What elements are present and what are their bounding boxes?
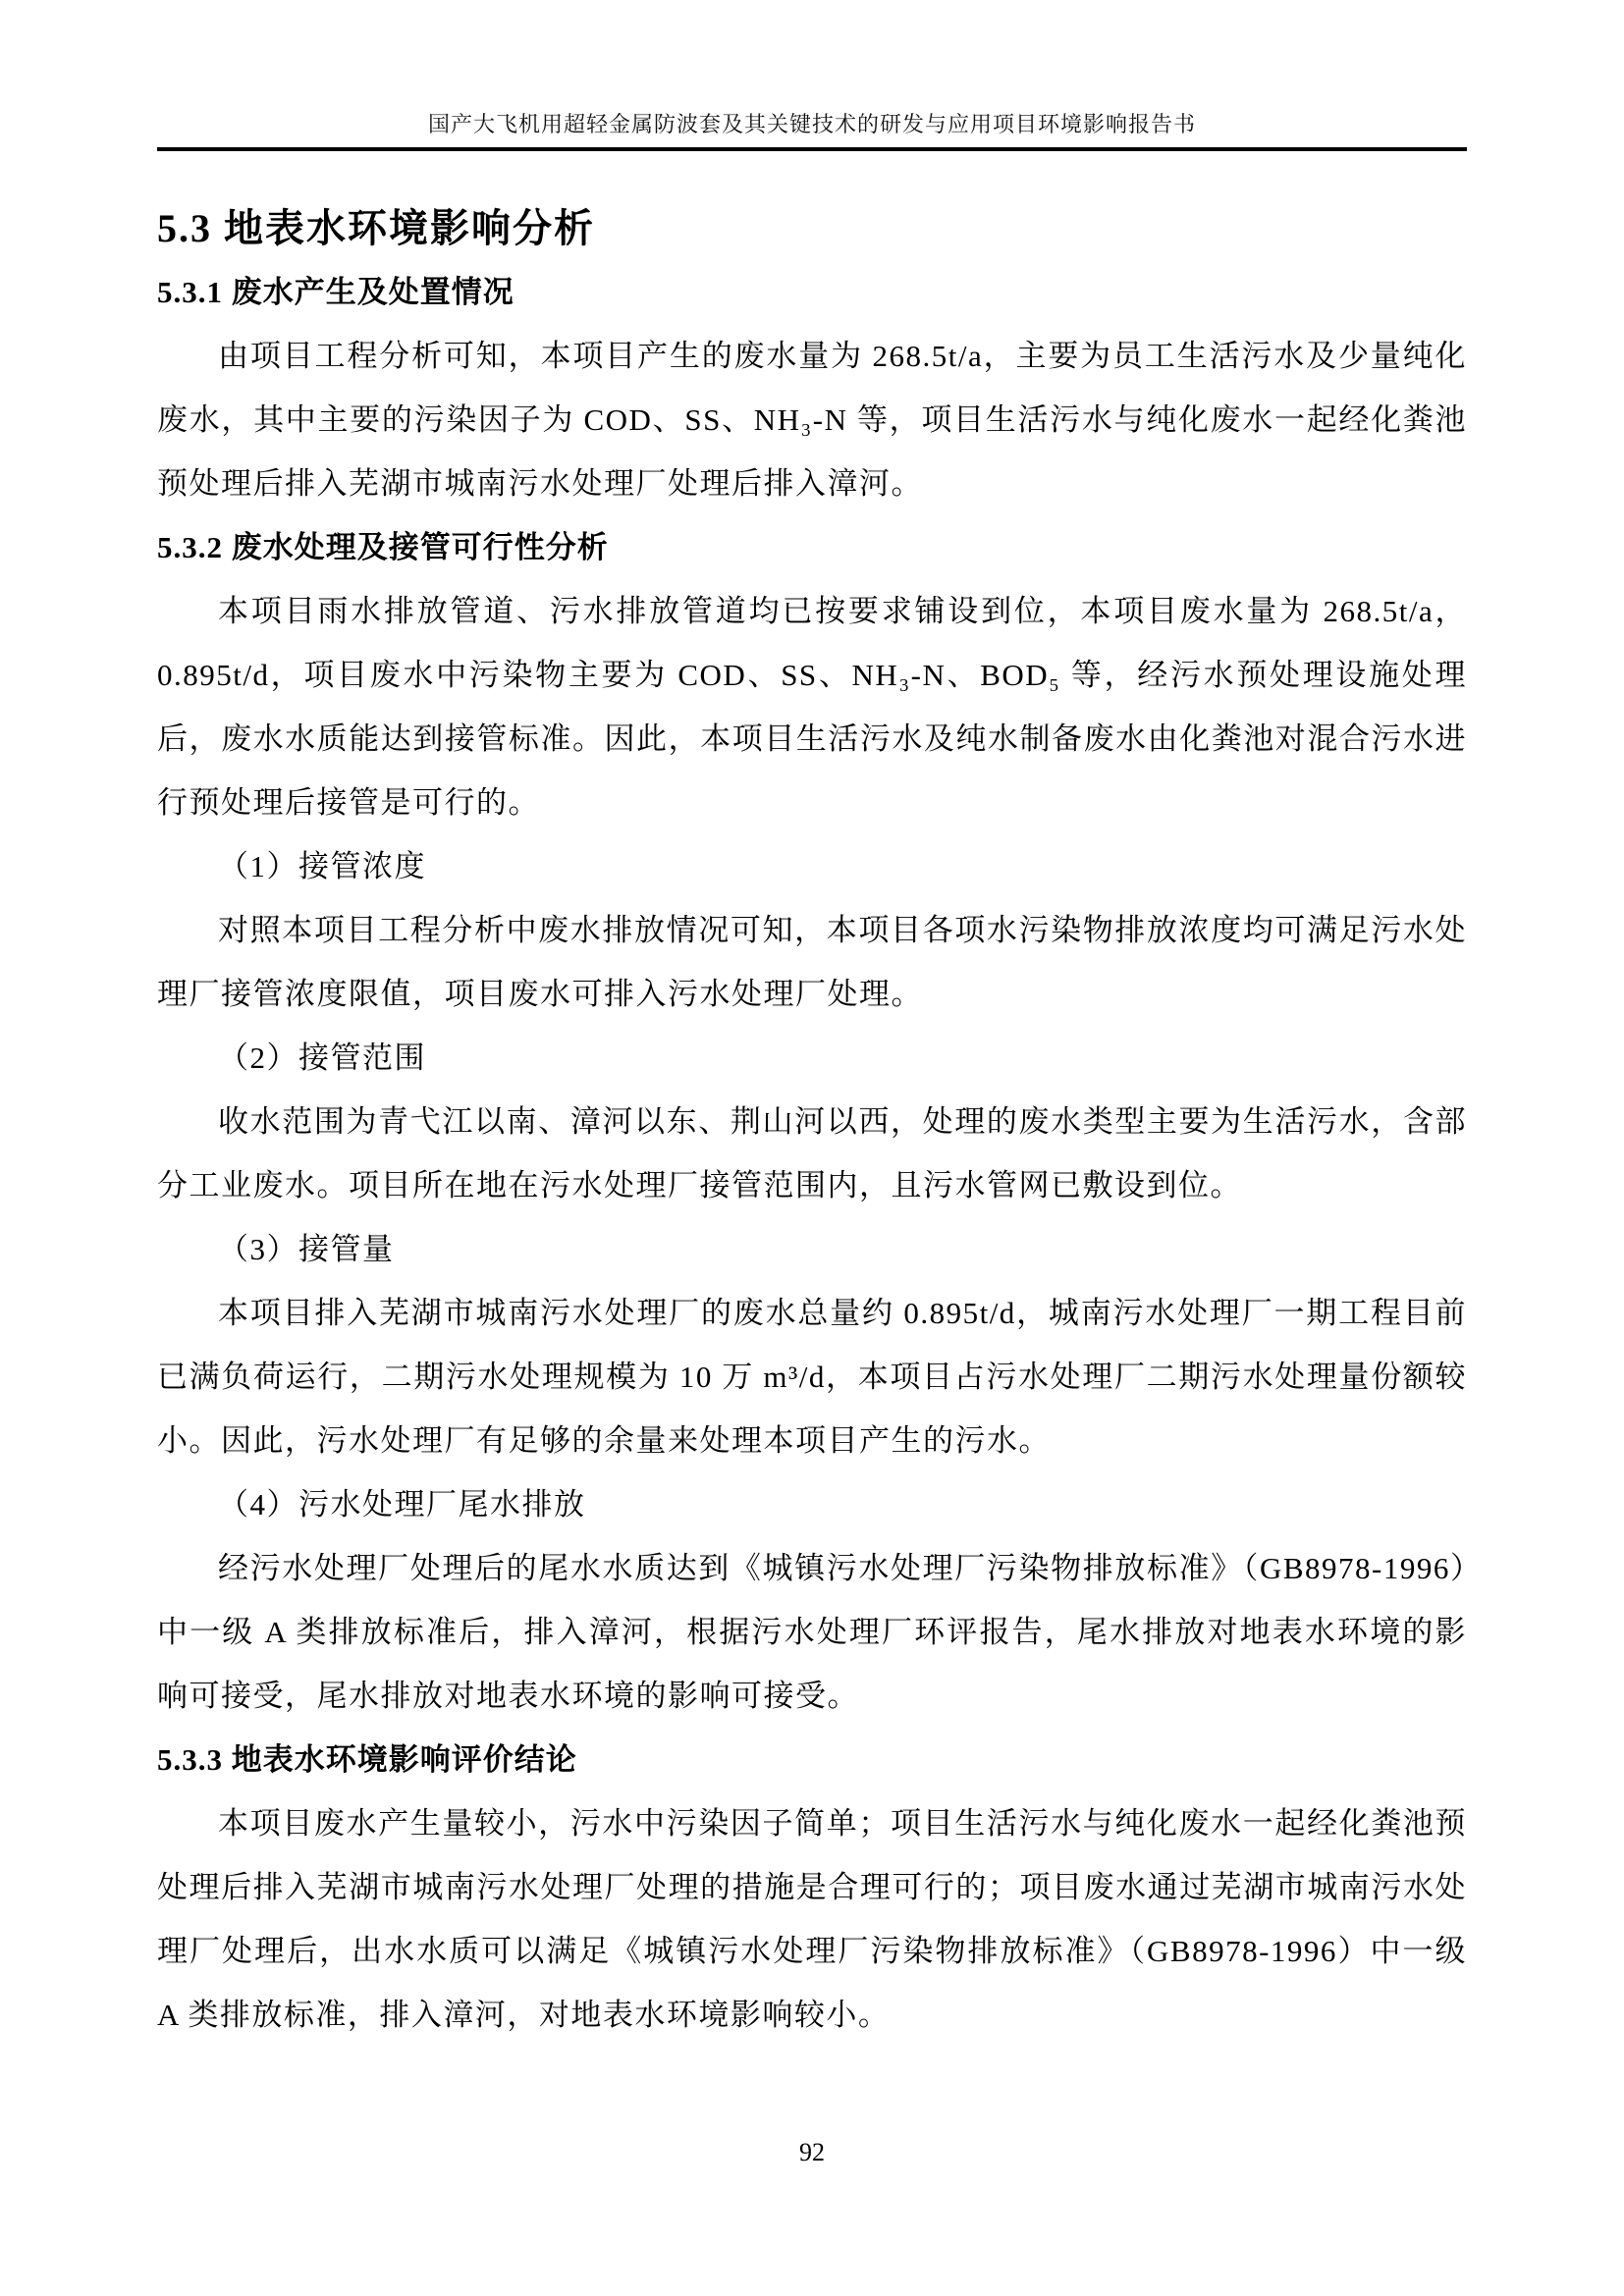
page-content: 国产大飞机用超轻金属防波套及其关键技术的研发与应用项目环境影响报告书 5.3 地… <box>0 0 1624 2170</box>
section-5-3-heading: 5.3 地表水环境影响分析 <box>157 196 1467 260</box>
item-2-paragraph: 收水范围为青弋江以南、漳河以东、荆山河以西，处理的废水类型主要为生活污水，含部分… <box>157 1090 1467 1217</box>
section-5-3-2-paragraph: 本项目雨水排放管道、污水排放管道均已按要求铺设到位，本项目废水量为 268.5t… <box>157 579 1467 834</box>
item-1-paragraph: 对照本项目工程分析中废水排放情况可知，本项目各项水污染物排放浓度均可满足污水处理… <box>157 898 1467 1026</box>
item-3-paragraph: 本项目排入芜湖市城南污水处理厂的废水总量约 0.895t/d，城南污水处理厂一期… <box>157 1281 1467 1472</box>
section-5-3-2-heading: 5.3.2 废水处理及接管可行性分析 <box>157 515 1467 579</box>
section-5-3-3-heading: 5.3.3 地表水环境影响评价结论 <box>157 1728 1467 1791</box>
page-number: 92 <box>157 2135 1467 2170</box>
section-5-3-3-paragraph: 本项目废水产生量较小，污水中污染因子简单；项目生活污水与纯化废水一起经化粪池预处… <box>157 1791 1467 2047</box>
item-3-heading: （3）接管量 <box>157 1217 1467 1281</box>
document-body: 5.3 地表水环境影响分析 5.3.1 废水产生及处置情况 由项目工程分析可知，… <box>157 151 1467 2047</box>
section-5-3-1-paragraph: 由项目工程分析可知，本项目产生的废水量为 268.5t/a，主要为员工生活污水及… <box>157 324 1467 515</box>
item-4-paragraph: 经污水处理厂处理后的尾水水质达到《城镇污水处理厂污染物排放标准》（GB8978-… <box>157 1536 1467 1728</box>
item-2-heading: （2）接管范围 <box>157 1026 1467 1090</box>
item-4-heading: （4）污水处理厂尾水排放 <box>157 1472 1467 1536</box>
item-1-heading: （1）接管浓度 <box>157 834 1467 898</box>
document-page: 国产大飞机用超轻金属防波套及其关键技术的研发与应用项目环境影响报告书 5.3 地… <box>0 0 1624 2296</box>
report-header-title: 国产大飞机用超轻金属防波套及其关键技术的研发与应用项目环境影响报告书 <box>157 0 1467 139</box>
section-5-3-1-heading: 5.3.1 废水产生及处置情况 <box>157 260 1467 324</box>
